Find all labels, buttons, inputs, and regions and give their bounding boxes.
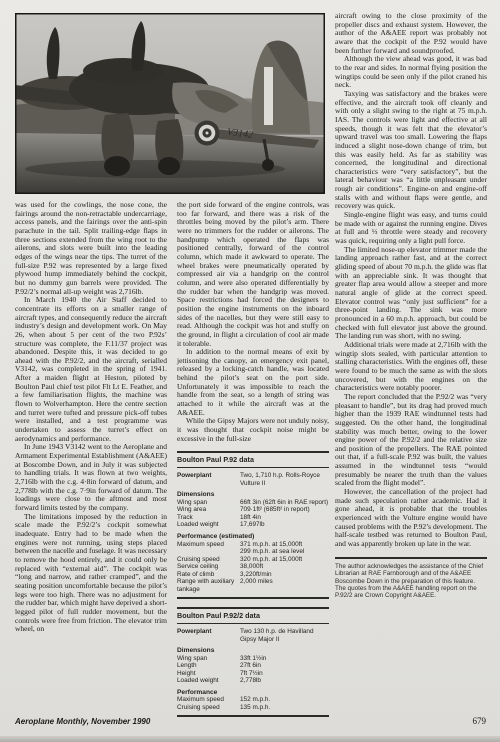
spec-row: Loaded weight17,697lb: [177, 521, 329, 529]
column-middle: the port side forward of the engine cont…: [177, 201, 329, 717]
paragraph: The report concluded that the P.92/2 was…: [335, 393, 487, 488]
spec-value: 38,000ft: [240, 563, 329, 571]
paragraph: Additional trials were made at 2,716lb w…: [335, 341, 487, 393]
spec-section-header: Dimensions: [177, 491, 329, 499]
spec-value: 3,220ft/min: [240, 571, 329, 579]
spec-section: PerformanceMaximum speed152 m.p.h.Cruisi…: [177, 689, 329, 712]
paragraph: However, the cancellation of the project…: [335, 488, 487, 549]
spec-value: 7ft 7½in: [240, 670, 329, 678]
aircraft-shadow: [25, 160, 285, 178]
spec-value: 709·1ft² (685ft² in report): [240, 506, 329, 514]
spec-box-title: Boulton Paul P.92 data: [177, 453, 329, 468]
spec-box-p92-2: Boulton Paul P.92/2 dataPowerplantTwo 13…: [177, 607, 329, 717]
column-right-text: aircraft owing to the close proximity of…: [335, 12, 487, 549]
spec-row: Loaded weight2,778lb: [177, 677, 329, 685]
spec-section: Performance (estimated)Maximum speed371 …: [177, 533, 329, 593]
spec-row: Wing span33ft 1½in: [177, 655, 329, 663]
spec-label: Maximum speed: [177, 541, 240, 556]
spec-row: Rate of climb3,220ft/min: [177, 571, 329, 579]
spec-value: 2,000 miles: [240, 578, 329, 593]
photo-svg: V3142: [15, 13, 325, 194]
spec-label: Wing span: [177, 655, 240, 663]
paragraph: In June 1943 V3142 went to the Aeroplane…: [15, 443, 167, 512]
spec-value: 17,697lb: [240, 521, 329, 529]
magazine-page: V3142 was used for the cowlings, the nos…: [0, 0, 500, 742]
paragraph: the port side forward of the engine cont…: [177, 201, 329, 348]
spec-section: DimensionsWing span33ft 1½inLength27ft 6…: [177, 647, 329, 685]
spec-value: 33ft 1½in: [240, 655, 329, 663]
spec-label: Powerplant: [177, 472, 240, 487]
acknowledgement-note: The author acknowledges the assistance o…: [335, 557, 487, 600]
spec-row: PowerplantTwo 130 h.p. de Havilland Gips…: [177, 628, 329, 643]
spec-label: Rate of climb: [177, 571, 240, 579]
fuselage-roundel: [195, 121, 220, 146]
spec-label: Length: [177, 662, 240, 670]
spec-label: Track: [177, 514, 240, 522]
footer-journal-date: Aeroplane Monthly, November 1990: [15, 717, 150, 726]
spec-row: Maximum speed152 m.p.h.: [177, 696, 329, 704]
fin-flash: [264, 67, 273, 125]
spec-section: DimensionsWing span66ft 3in (62ft 6in in…: [177, 491, 329, 529]
spec-row: Cruising speed320 m.p.h. at 15,000ft: [177, 556, 329, 564]
spec-value: 371 m.p.h. at 15,000ft 299 m.p.h. at sea…: [240, 541, 329, 556]
main-wheel: [104, 156, 130, 176]
spec-value: Two 130 h.p. de Havilland Gipsy Major II: [240, 628, 329, 643]
main-wheel: [158, 157, 180, 175]
spec-label: Maximum speed: [177, 696, 240, 704]
paragraph: In March 1940 the Air Staff decided to c…: [15, 296, 167, 443]
spec-row: Wing area709·1ft² (685ft² in report): [177, 506, 329, 514]
spec-value: Two, 1,710 h.p. Rolls-Royce Vulture II: [240, 472, 329, 487]
spec-section: PowerplantTwo 130 h.p. de Havilland Gips…: [177, 628, 329, 643]
paragraph: The limited nose-up elevator trimmer mad…: [335, 246, 487, 341]
spec-box-title: Boulton Paul P.92/2 data: [177, 609, 329, 624]
spec-value: 66ft 3in (62ft 6in in RAE report): [240, 499, 329, 507]
spec-value: 152 m.p.h.: [240, 696, 329, 704]
turret-hump: [83, 58, 163, 84]
paragraph: Single-engine flight was easy, and turns…: [335, 211, 487, 246]
spec-row: PowerplantTwo, 1,710 h.p. Rolls-Royce Vu…: [177, 472, 329, 487]
spec-row: Wing span66ft 3in (62ft 6in in RAE repor…: [177, 499, 329, 507]
spec-row: Service ceiling38,000ft: [177, 563, 329, 571]
paragraph: While the Gipsy Majors were not unduly n…: [177, 417, 329, 443]
spec-label: Service ceiling: [177, 563, 240, 571]
paragraph: Although the view ahead was good, it was…: [335, 55, 487, 90]
tailwheel: [262, 159, 274, 171]
spec-row: Cruising speed135 m.p.h.: [177, 704, 329, 712]
spec-value: 27ft 6in: [240, 662, 329, 670]
spec-label: Cruising speed: [177, 704, 240, 712]
spec-section-header: Performance: [177, 689, 329, 697]
page-number: 679: [473, 716, 487, 726]
spec-value: 2,778lb: [240, 677, 329, 685]
paragraph: Taxying was satisfactory and the brakes …: [335, 90, 487, 211]
spec-row: Maximum speed371 m.p.h. at 15,000ft 299 …: [177, 541, 329, 556]
spec-value: 320 m.p.h. at 15,000ft: [240, 556, 329, 564]
column-left: was used for the cowlings, the nose cone…: [15, 201, 167, 717]
spec-section-header: Dimensions: [177, 647, 329, 655]
spec-label: Loaded weight: [177, 677, 240, 685]
spec-box-p92: Boulton Paul P.92 dataPowerplantTwo, 1,7…: [177, 451, 329, 599]
spec-label: Cruising speed: [177, 556, 240, 564]
spec-row: Track18ft 4in: [177, 514, 329, 522]
spec-label: Loaded weight: [177, 521, 240, 529]
spec-label: Range with auxiliary tankage: [177, 578, 240, 593]
paragraph: The limitations imposed by the reduction…: [15, 513, 167, 634]
spec-row: Length27ft 6in: [177, 662, 329, 670]
spec-value: 18ft 4in: [240, 514, 329, 522]
column-left-text: was used for the cowlings, the nose cone…: [15, 201, 167, 634]
paragraph: In addition to the normal means of exit …: [177, 348, 329, 417]
spec-section-header: Performance (estimated): [177, 533, 329, 541]
paragraph: aircraft owing to the close proximity of…: [335, 12, 487, 55]
column-right: aircraft owing to the close proximity of…: [335, 12, 487, 600]
spec-value: 135 m.p.h.: [240, 704, 329, 712]
paragraph: was used for the cowlings, the nose cone…: [15, 201, 167, 296]
spec-label: Height: [177, 670, 240, 678]
spec-row: Height7ft 7½in: [177, 670, 329, 678]
column-middle-text: the port side forward of the engine cont…: [177, 201, 329, 443]
spec-label: Wing area: [177, 506, 240, 514]
aircraft-photo: V3142: [15, 13, 325, 194]
spec-label: Powerplant: [177, 628, 240, 643]
spec-section: PowerplantTwo, 1,710 h.p. Rolls-Royce Vu…: [177, 472, 329, 487]
spec-row: Range with auxiliary tankage2,000 miles: [177, 578, 329, 593]
spec-label: Wing span: [177, 499, 240, 507]
